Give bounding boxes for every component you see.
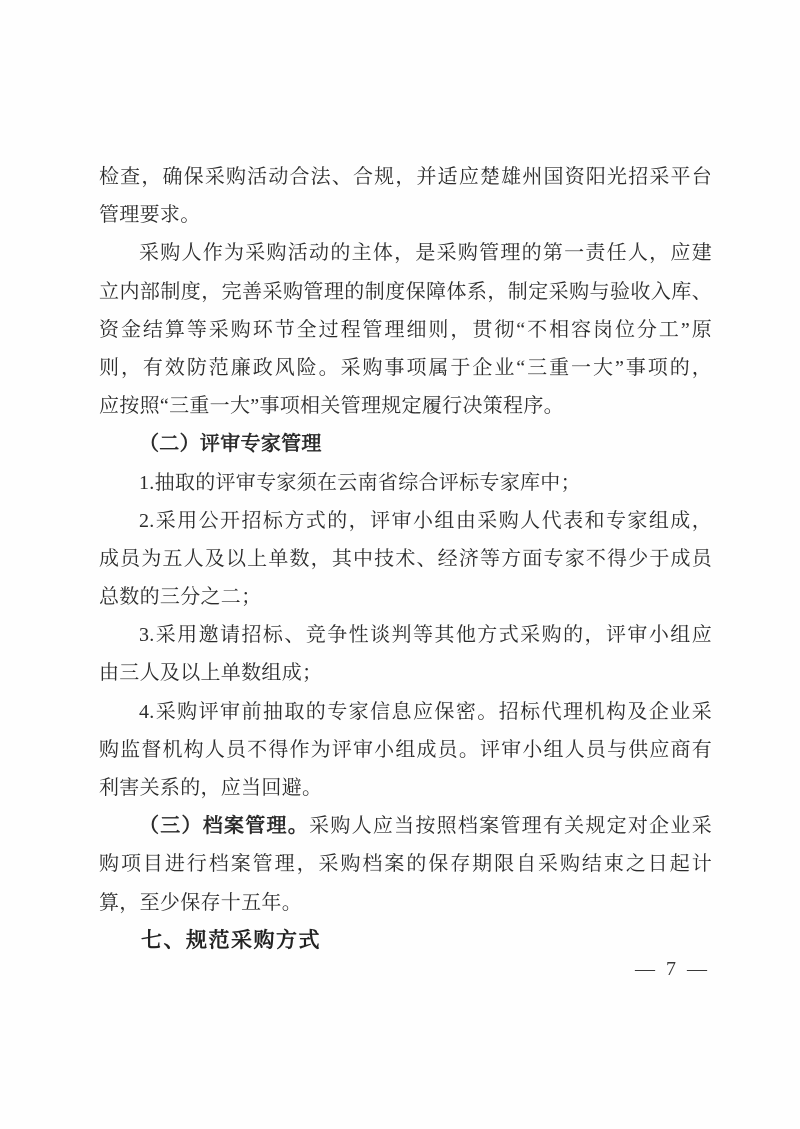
heading-section-seven-line: 七、规范采购方式 — [99, 922, 712, 960]
para-purchaser-responsibility-line: 资金结算等采购环节全过程管理细则，贯彻“不相容岗位分工”原 — [99, 311, 712, 349]
item-3-other-methods-line: 由三人及以上单数组成； — [99, 654, 712, 692]
para-purchaser-responsibility-line: 采购人作为采购活动的主体，是采购管理的第一责任人，应建 — [99, 234, 712, 272]
scanned-document-page: 检查，确保采购活动合法、合规，并适应楚雄州国资阳光招采平台管理要求。采购人作为采… — [0, 0, 800, 1129]
para-archive-management-line: （三）档案管理。采购人应当按照档案管理有关规定对企业采 — [99, 807, 712, 845]
para-archive-management-line: 购项目进行档案管理，采购档案的保存期限自采购结束之日起计 — [99, 845, 712, 883]
item-4-confidentiality-line: 4.采购评审前抽取的专家信息应保密。招标代理机构及企业采 — [99, 693, 712, 731]
page-text: 检查，确保采购活动合法、合规，并适应楚雄州国资阳光招采平台管理要求。采购人作为采… — [99, 158, 712, 960]
item-4-confidentiality-line: 利害关系的，应当回避。 — [99, 769, 712, 807]
para-archive-management-line: 算，至少保存十五年。 — [99, 884, 712, 922]
para-inspection-continuation-line: 检查，确保采购活动合法、合规，并适应楚雄州国资阳光招采平台 — [99, 158, 712, 196]
heading-review-expert-management-line: （二）评审专家管理 — [99, 425, 712, 463]
text-segment: 采购人应当按照档案管理有关规定对企业采 — [309, 815, 712, 837]
item-3-other-methods-line: 3.采用邀请招标、竞争性谈判等其他方式采购的，评审小组应 — [99, 616, 712, 654]
para-purchaser-responsibility-line: 则，有效防范廉政风险。采购事项属于企业“三重一大”事项的， — [99, 349, 712, 387]
item-2-open-bidding-line: 总数的三分之二； — [99, 578, 712, 616]
item-1-expert-pool-line: 1.抽取的评审专家须在云南省综合评标专家库中； — [99, 464, 712, 502]
item-2-open-bidding-line: 成员为五人及以上单数，其中技术、经济等方面专家不得少于成员 — [99, 540, 712, 578]
para-inspection-continuation-line: 管理要求。 — [99, 196, 712, 234]
item-4-confidentiality-line: 购监督机构人员不得作为评审小组成员。评审小组人员与供应商有 — [99, 731, 712, 769]
para-purchaser-responsibility-line: 应按照“三重一大”事项相关管理规定履行决策程序。 — [99, 387, 712, 425]
subheading-label: （三）档案管理。 — [139, 815, 309, 837]
page-number: — 7 — — [635, 958, 710, 981]
item-2-open-bidding-line: 2.采用公开招标方式的，评审小组由采购人代表和专家组成， — [99, 502, 712, 540]
para-purchaser-responsibility-line: 立内部制度，完善采购管理的制度保障体系，制定采购与验收入库、 — [99, 273, 712, 311]
